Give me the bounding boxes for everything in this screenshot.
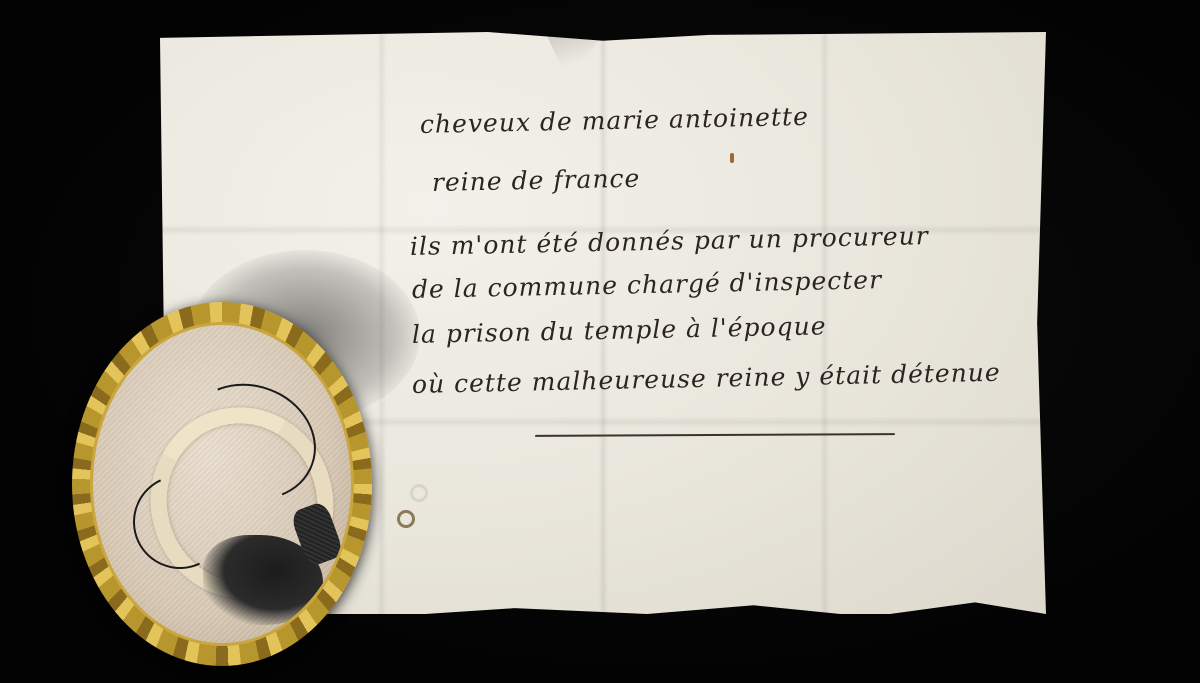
photo-background: cheveux de marie antoinette reine de fra… xyxy=(0,0,1200,683)
gold-locket xyxy=(72,302,372,666)
note-line: reine de france xyxy=(432,164,641,197)
locket-silk-backing xyxy=(90,322,354,646)
locket-ring xyxy=(397,510,415,528)
ink-stain xyxy=(730,153,734,163)
locket-ring xyxy=(410,484,428,502)
